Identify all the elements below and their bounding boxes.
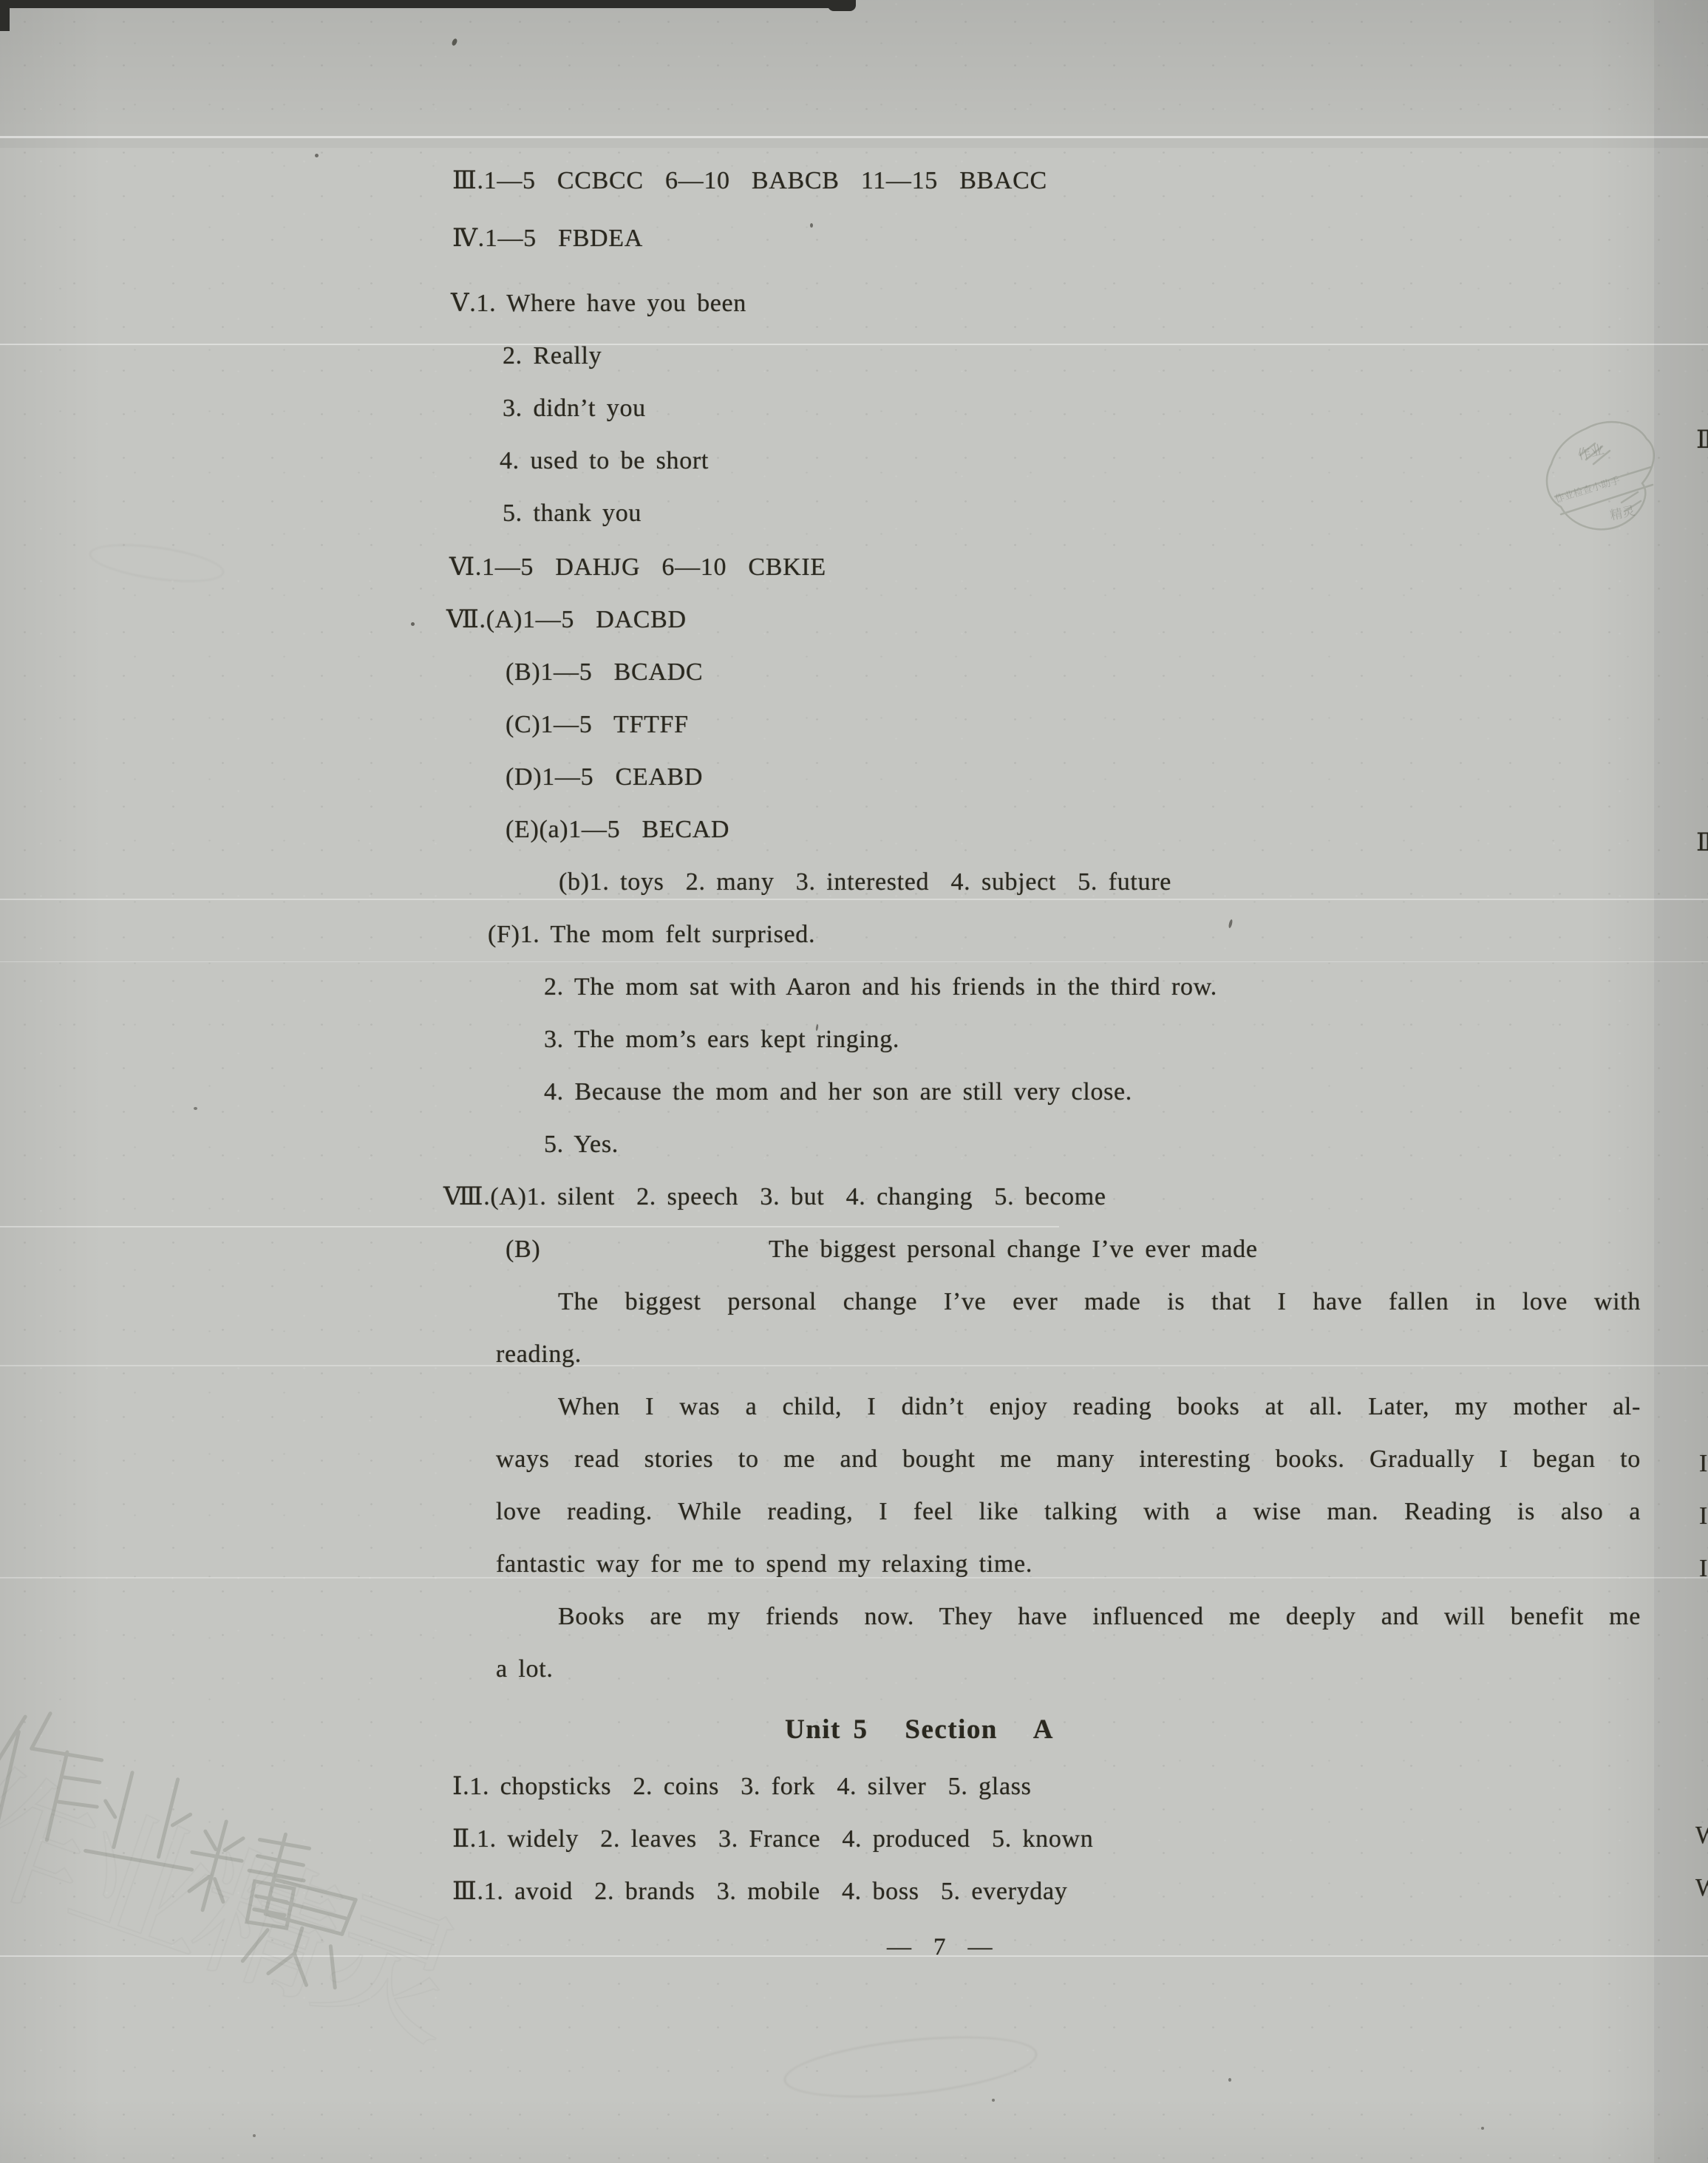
answer-line: (C)1—5 TFTFF: [506, 708, 689, 742]
answer-line: Ⅶ.(A)1—5 DACBD: [446, 603, 687, 637]
scan-smudge: [781, 2026, 1040, 2108]
answer-line: (B): [506, 1233, 540, 1267]
scratch-line: [0, 1955, 1708, 1957]
ink-speck: [810, 223, 813, 228]
ink-speck: [992, 2099, 995, 2102]
answer-line: (E)(a)1—5 BECAD: [506, 813, 729, 847]
edge-text-fragment: Ⅱ: [1696, 425, 1708, 454]
edge-text-fragment: I: [1699, 1450, 1707, 1478]
scratch-line: [0, 1226, 1059, 1227]
answer-line: (F)1. The mom felt surprised.: [488, 918, 815, 952]
answer-line: 2. Really: [503, 339, 602, 373]
edge-text-fragment: W: [1695, 1874, 1708, 1902]
answer-line: 4. Because the mom and her son are still…: [544, 1075, 1132, 1109]
stamp-bottom-text: 精灵: [1608, 500, 1636, 524]
essay-line: a lot.: [496, 1652, 554, 1686]
essay-line: reading.: [496, 1338, 582, 1372]
answer-line: 3. didn’t you: [503, 392, 646, 426]
ink-speck: [194, 1107, 197, 1110]
ink-speck: [1481, 2127, 1484, 2130]
page-number: — 7 —: [887, 1930, 998, 1964]
scan-top-edge: [0, 0, 856, 8]
ink-speck: [253, 2134, 256, 2137]
ink-speck: [1228, 919, 1234, 929]
edge-text-fragment: I: [1699, 1502, 1707, 1530]
answer-line: (b)1. toys 2. many 3. interested 4. subj…: [559, 865, 1171, 899]
stamp-outline-art: [1539, 414, 1679, 547]
answer-line: Ⅲ.1. avoid 2. brands 3. mobile 4. boss 5…: [452, 1875, 1067, 1909]
scratch-line: [0, 961, 1708, 962]
answer-line: Ⅳ.1—5 FBDEA: [452, 222, 643, 256]
edge-text-fragment: I: [1699, 1555, 1707, 1583]
answer-line: 5. Yes.: [544, 1128, 619, 1162]
essay-line: love reading. While reading, I feel like…: [496, 1495, 1641, 1529]
essay-title: The biggest personal change I’ve ever ma…: [769, 1233, 1258, 1267]
stamp-band-text: 作业检查小助手: [1553, 472, 1622, 505]
essay-line: When I was a child, I didn’t enjoy readi…: [558, 1390, 1641, 1424]
essay-line: Books are my friends now. They have infl…: [558, 1600, 1641, 1634]
watermark: 作业精灵: [0, 1683, 449, 2031]
scratch-line: [0, 344, 1708, 345]
watermark-text: 作业精灵: [0, 1713, 483, 2073]
scan-top-edge-nub: [828, 0, 856, 11]
scan-smudge: [87, 537, 226, 588]
answer-line: 2. The mom sat with Aaron and his friend…: [544, 970, 1217, 1004]
ink-speck: [1228, 2078, 1231, 2082]
edge-text-fragment: W: [1695, 1822, 1708, 1850]
ink-speck: [411, 622, 415, 626]
answer-line: Ⅵ.1—5 DAHJG 6—10 CBKIE: [449, 551, 826, 585]
answer-line: Ⅰ.1. chopsticks 2. coins 3. fork 4. silv…: [452, 1770, 1032, 1804]
answer-line: 5. thank you: [503, 497, 642, 531]
stamp-top-text: 作业: [1575, 439, 1605, 464]
unit-heading: Unit 5 Section A: [785, 1713, 1054, 1747]
answer-line: Ⅱ.1. widely 2. leaves 3. France 4. produ…: [452, 1822, 1093, 1856]
answer-line: 3. The mom’s ears kept ringing.: [544, 1023, 899, 1057]
answer-line: (B)1—5 BCADC: [506, 655, 703, 689]
scanned-answer-page: 作业精灵: [0, 0, 1708, 2163]
scratch-line: [0, 1365, 1708, 1366]
edge-text-fragment: Ⅱ: [1696, 828, 1708, 857]
essay-line: ways read stories to me and bought me ma…: [496, 1442, 1641, 1476]
answer-line: Ⅴ.1. Where have you been: [451, 287, 746, 321]
answer-line: Ⅷ.(A)1. silent 2. speech 3. but 4. chang…: [443, 1180, 1106, 1214]
essay-line: The biggest personal change I’ve ever ma…: [558, 1285, 1641, 1319]
app-stamp: 作业 作业检查小助手 精灵: [1539, 414, 1679, 547]
answer-line: Ⅲ.1—5 CCBCC 6—10 BABCB 11—15 BBACC: [452, 164, 1047, 198]
essay-line: fantastic way for me to spend my relaxin…: [496, 1547, 1032, 1581]
watermark-strokes-art: [0, 1683, 449, 2031]
scan-top-shade: [0, 0, 1708, 148]
ink-speck: [451, 38, 458, 47]
scratch-line: [0, 136, 1708, 138]
answer-line: 4. used to be short: [500, 444, 709, 478]
scan-corner-mark: [0, 0, 10, 31]
ink-speck: [315, 154, 319, 157]
answer-line: (D)1—5 CEABD: [506, 760, 703, 794]
